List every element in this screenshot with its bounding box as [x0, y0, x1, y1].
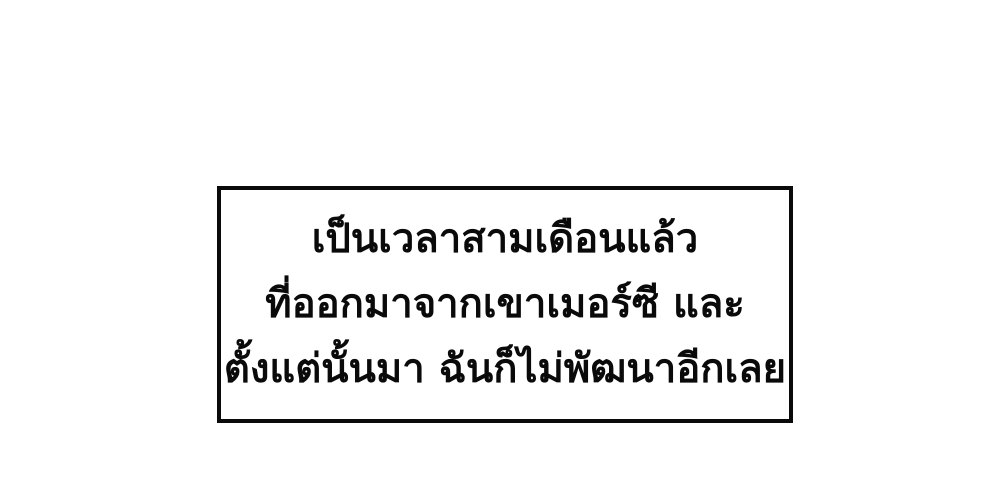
- narration-box: เป็นเวลาสามเดือนแล้ว ที่ออกมาจากเขาเมอร์…: [217, 186, 793, 423]
- narration-line-3: ตั้งแต่นั้นมา ฉันก็ไม่พัฒนาอีกเลย: [224, 337, 786, 402]
- narration-line-1: เป็นเวลาสามเดือนแล้ว: [312, 207, 699, 272]
- narration-line-2: ที่ออกมาจากเขาเมอร์ซี และ: [265, 272, 744, 337]
